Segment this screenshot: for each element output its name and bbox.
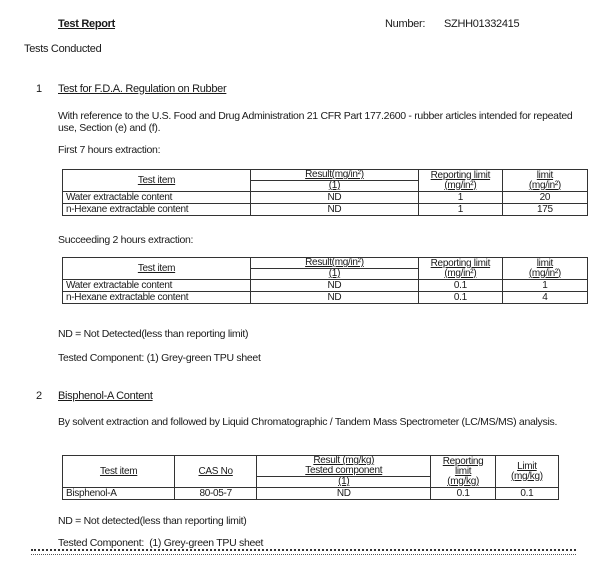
header-component: (1) xyxy=(251,181,419,192)
table-row: n-Hexane extractable content ND 1 175 xyxy=(63,204,588,216)
header-reporting-limit: Reportinglimit(mg/kg) xyxy=(431,456,495,488)
header-limit: limit(mg/in²) xyxy=(502,170,587,192)
table-row: Bisphenol-A 80-05-7 ND 0.1 0.1 xyxy=(63,488,559,500)
section-1-nd-note: ND = Not Detected(less than reporting li… xyxy=(58,328,248,340)
section-2-number: 2 xyxy=(36,390,42,402)
tests-conducted-heading: Tests Conducted xyxy=(24,43,101,55)
section-1-title: Test for F.D.A. Regulation on Rubber xyxy=(58,83,226,95)
header-tested-component: Tested component xyxy=(257,466,431,477)
section-1-number: 1 xyxy=(36,83,42,95)
section-1-tested-component: Tested Component: (1) Grey-green TPU she… xyxy=(58,352,261,364)
first-7-hours-table: Test item Result(mg/in²) Reporting limit… xyxy=(62,169,588,216)
table-row: Water extractable content ND 1 20 xyxy=(63,192,588,204)
table-row: n-Hexane extractable content ND 0.1 4 xyxy=(63,292,588,304)
bisphenol-a-table: Test item CAS No Result (mg/kg) Reportin… xyxy=(62,455,559,500)
header-limit: limit(mg/in²) xyxy=(502,258,587,280)
header-reporting-limit: Reporting limit(mg/in²) xyxy=(418,170,502,192)
end-of-report-divider xyxy=(31,549,576,555)
header-cas-no: CAS No xyxy=(175,456,257,488)
section-2-tested-component: Tested Component: (1) Grey-green TPU she… xyxy=(58,537,263,549)
table-1-caption: First 7 hours extraction: xyxy=(58,144,160,156)
section-2-description: By solvent extraction and followed by Li… xyxy=(58,416,583,428)
table-2-caption: Succeeding 2 hours extraction: xyxy=(58,234,193,246)
header-test-item: Test item xyxy=(63,456,175,488)
header-reporting-limit: Reporting limit(mg/in²) xyxy=(418,258,502,280)
header-limit: Limit(mg/kg) xyxy=(495,456,558,488)
table-row: Water extractable content ND 0.1 1 xyxy=(63,280,588,292)
section-2-title: Bisphenol-A Content xyxy=(58,390,153,402)
succeeding-2-hours-table: Test item Result(mg/in²) Reporting limit… xyxy=(62,257,588,304)
header-test-item: Test item xyxy=(63,170,251,192)
header-result: Result(mg/in²) xyxy=(251,170,419,181)
header-result: Result (mg/kg) xyxy=(257,456,431,467)
header-component: (1) xyxy=(251,269,419,280)
report-number-value: SZHH01332415 xyxy=(444,18,519,30)
header-component: (1) xyxy=(257,477,431,488)
section-1-description: With reference to the U.S. Food and Drug… xyxy=(58,110,583,134)
header-test-item: Test item xyxy=(63,258,251,280)
section-2-nd-note: ND = Not detected(less than reporting li… xyxy=(58,515,246,527)
report-title: Test Report xyxy=(58,18,115,30)
report-number-label: Number: xyxy=(385,18,425,30)
header-result: Result(mg/in²) xyxy=(251,258,419,269)
